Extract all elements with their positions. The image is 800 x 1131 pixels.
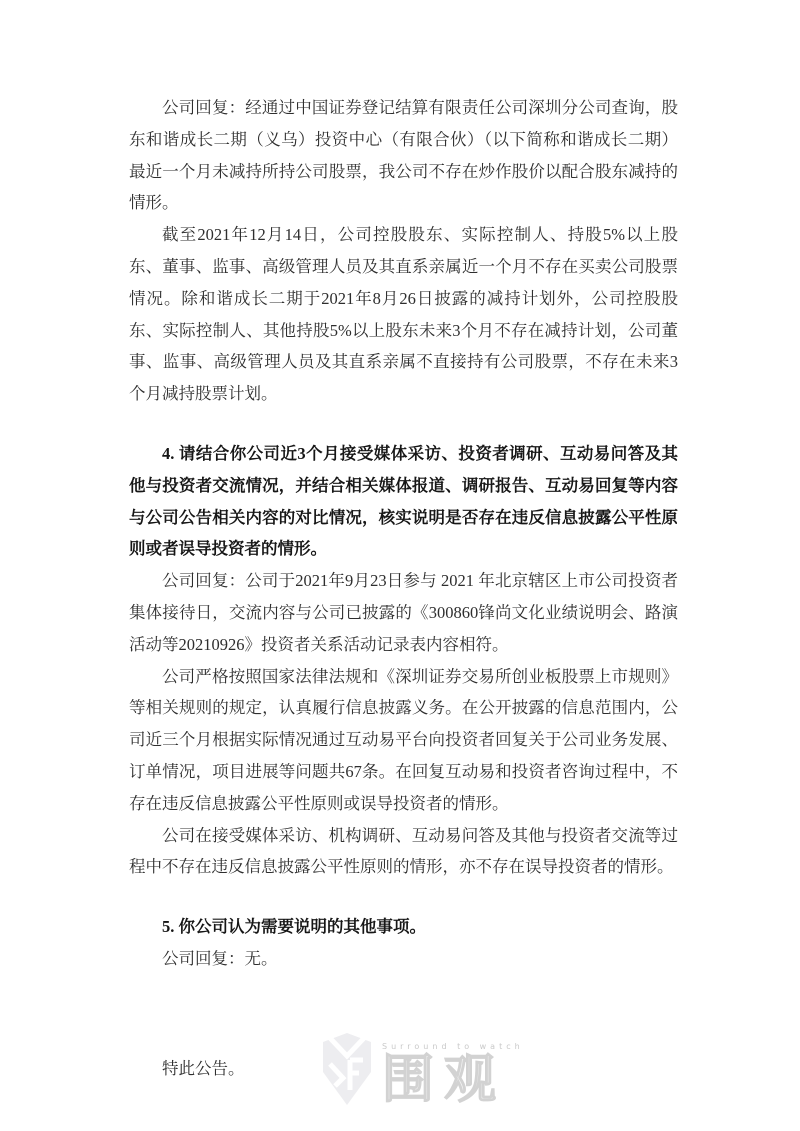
paragraph-reply-investor-reception: 公司回复：公司于2021年9月23日参与 2021 年北京辖区上市公司投资者集体…: [129, 565, 678, 660]
question-5-heading: 5. 你公司认为需要说明的其他事项。: [129, 911, 678, 943]
question-4-heading: 4. 请结合你公司近3个月接受媒体采访、投资者调研、互动易问答及其他与投资者交流…: [129, 438, 678, 565]
paragraph-reply-disclosure-compliance: 公司严格按照国家法律法规和《深圳证券交易所创业板股票上市规则》等相关规则的规定，…: [129, 661, 678, 820]
paragraph-reply-holdings-status: 截至2021年12月14日，公司控股股东、实际控制人、持股5%以上股东、董事、监…: [129, 219, 678, 410]
paragraph-reply-no-violation: 公司在接受媒体采访、机构调研、互动易问答及其他与投资者交流等过程中不存在违反信息…: [129, 820, 678, 884]
paragraph-reply-share-reduction: 公司回复：经通过中国证券登记结算有限责任公司深圳分公司查询，股东和谐成长二期（义…: [129, 92, 678, 219]
paragraph-closing-announcement: 特此公告。: [129, 1053, 678, 1085]
document-body: 公司回复：经通过中国证券登记结算有限责任公司深圳分公司查询，股东和谐成长二期（义…: [129, 92, 678, 1085]
paragraph-reply-none: 公司回复：无。: [129, 943, 678, 975]
announcement-document-page: 公司回复：经通过中国证券登记结算有限责任公司深圳分公司查询，股东和谐成长二期（义…: [0, 0, 800, 1131]
